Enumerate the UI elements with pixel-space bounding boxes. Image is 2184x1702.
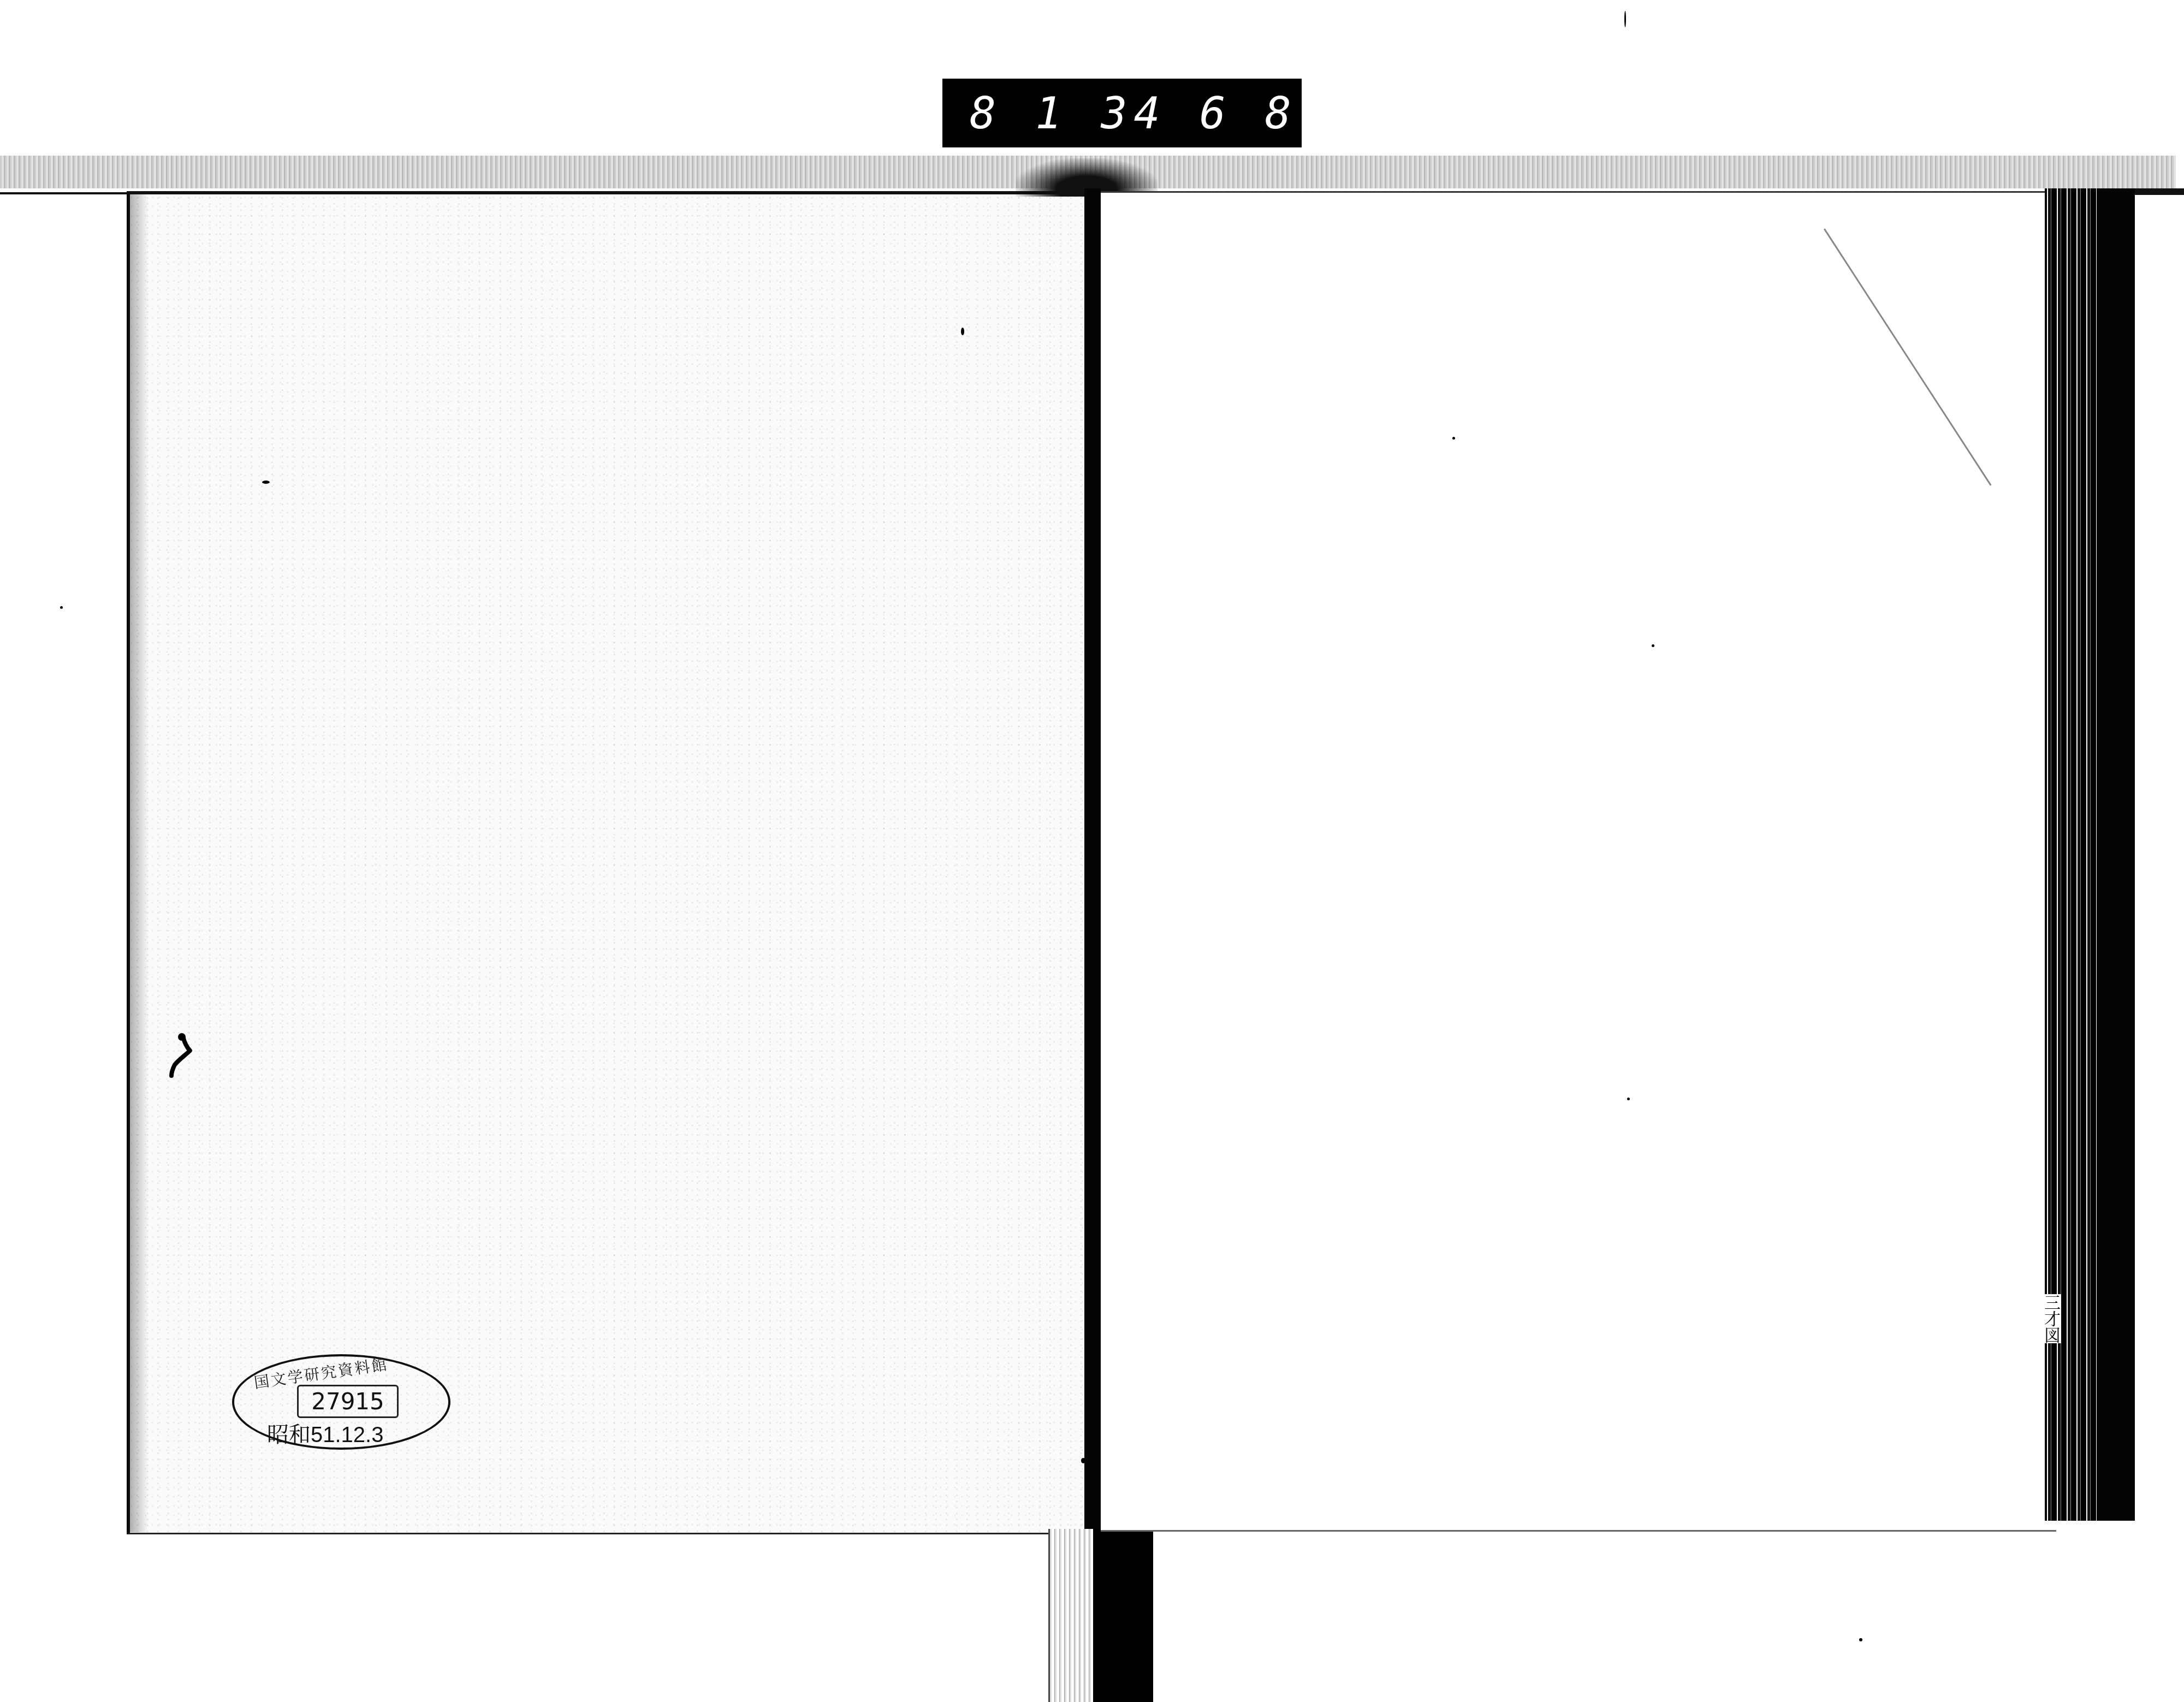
book-gutter [1084, 188, 1101, 1543]
spine-binding-dark [1093, 1529, 1153, 1702]
frame-digit: 8. [1265, 88, 1331, 139]
scan-speck [1652, 644, 1654, 647]
scan-speck [1452, 437, 1455, 440]
right-page [1101, 191, 2056, 1532]
frame-digit: 6 [1200, 88, 1232, 139]
frame-counter: 8 1 3 4 6 8. [942, 79, 1302, 147]
scan-speck [1081, 1458, 1085, 1463]
reel-digit: 3 [1101, 88, 1133, 139]
spine-binding-light [1048, 1529, 1094, 1702]
library-accession-stamp: 国文学研究資料館 27915 昭和51.12.3 [232, 1354, 450, 1450]
reel-number: 8 1 3 [970, 88, 1134, 139]
scan-speck [1624, 11, 1626, 27]
scan-speck [60, 606, 63, 609]
stamp-accession-number: 27915 [297, 1385, 399, 1418]
fore-edge-shadow [2097, 188, 2135, 1521]
scan-speck [262, 481, 270, 484]
stamp-date: 昭和51.12.3 [267, 1418, 383, 1449]
left-page-shadow [127, 194, 149, 1532]
reel-digit: 1 [1035, 88, 1068, 139]
scan-speck [1627, 1098, 1630, 1100]
scan-speck [961, 328, 964, 335]
fore-edge-title: 三才図 [2039, 1294, 2061, 1343]
left-page [127, 191, 1101, 1534]
frame-number: 4 6 8. [1134, 88, 1331, 139]
scanned-page-image: 8 1 3 4 6 8. 三才図 国文学研究資料館 27915 昭和51.12.… [0, 0, 2184, 1702]
reel-digit: 8 [970, 88, 1002, 139]
ink-mark-icon [164, 1032, 202, 1081]
spine-bottom [1048, 1529, 1158, 1702]
frame-digit: 4 [1134, 88, 1167, 139]
scan-speck [1859, 1638, 1862, 1641]
